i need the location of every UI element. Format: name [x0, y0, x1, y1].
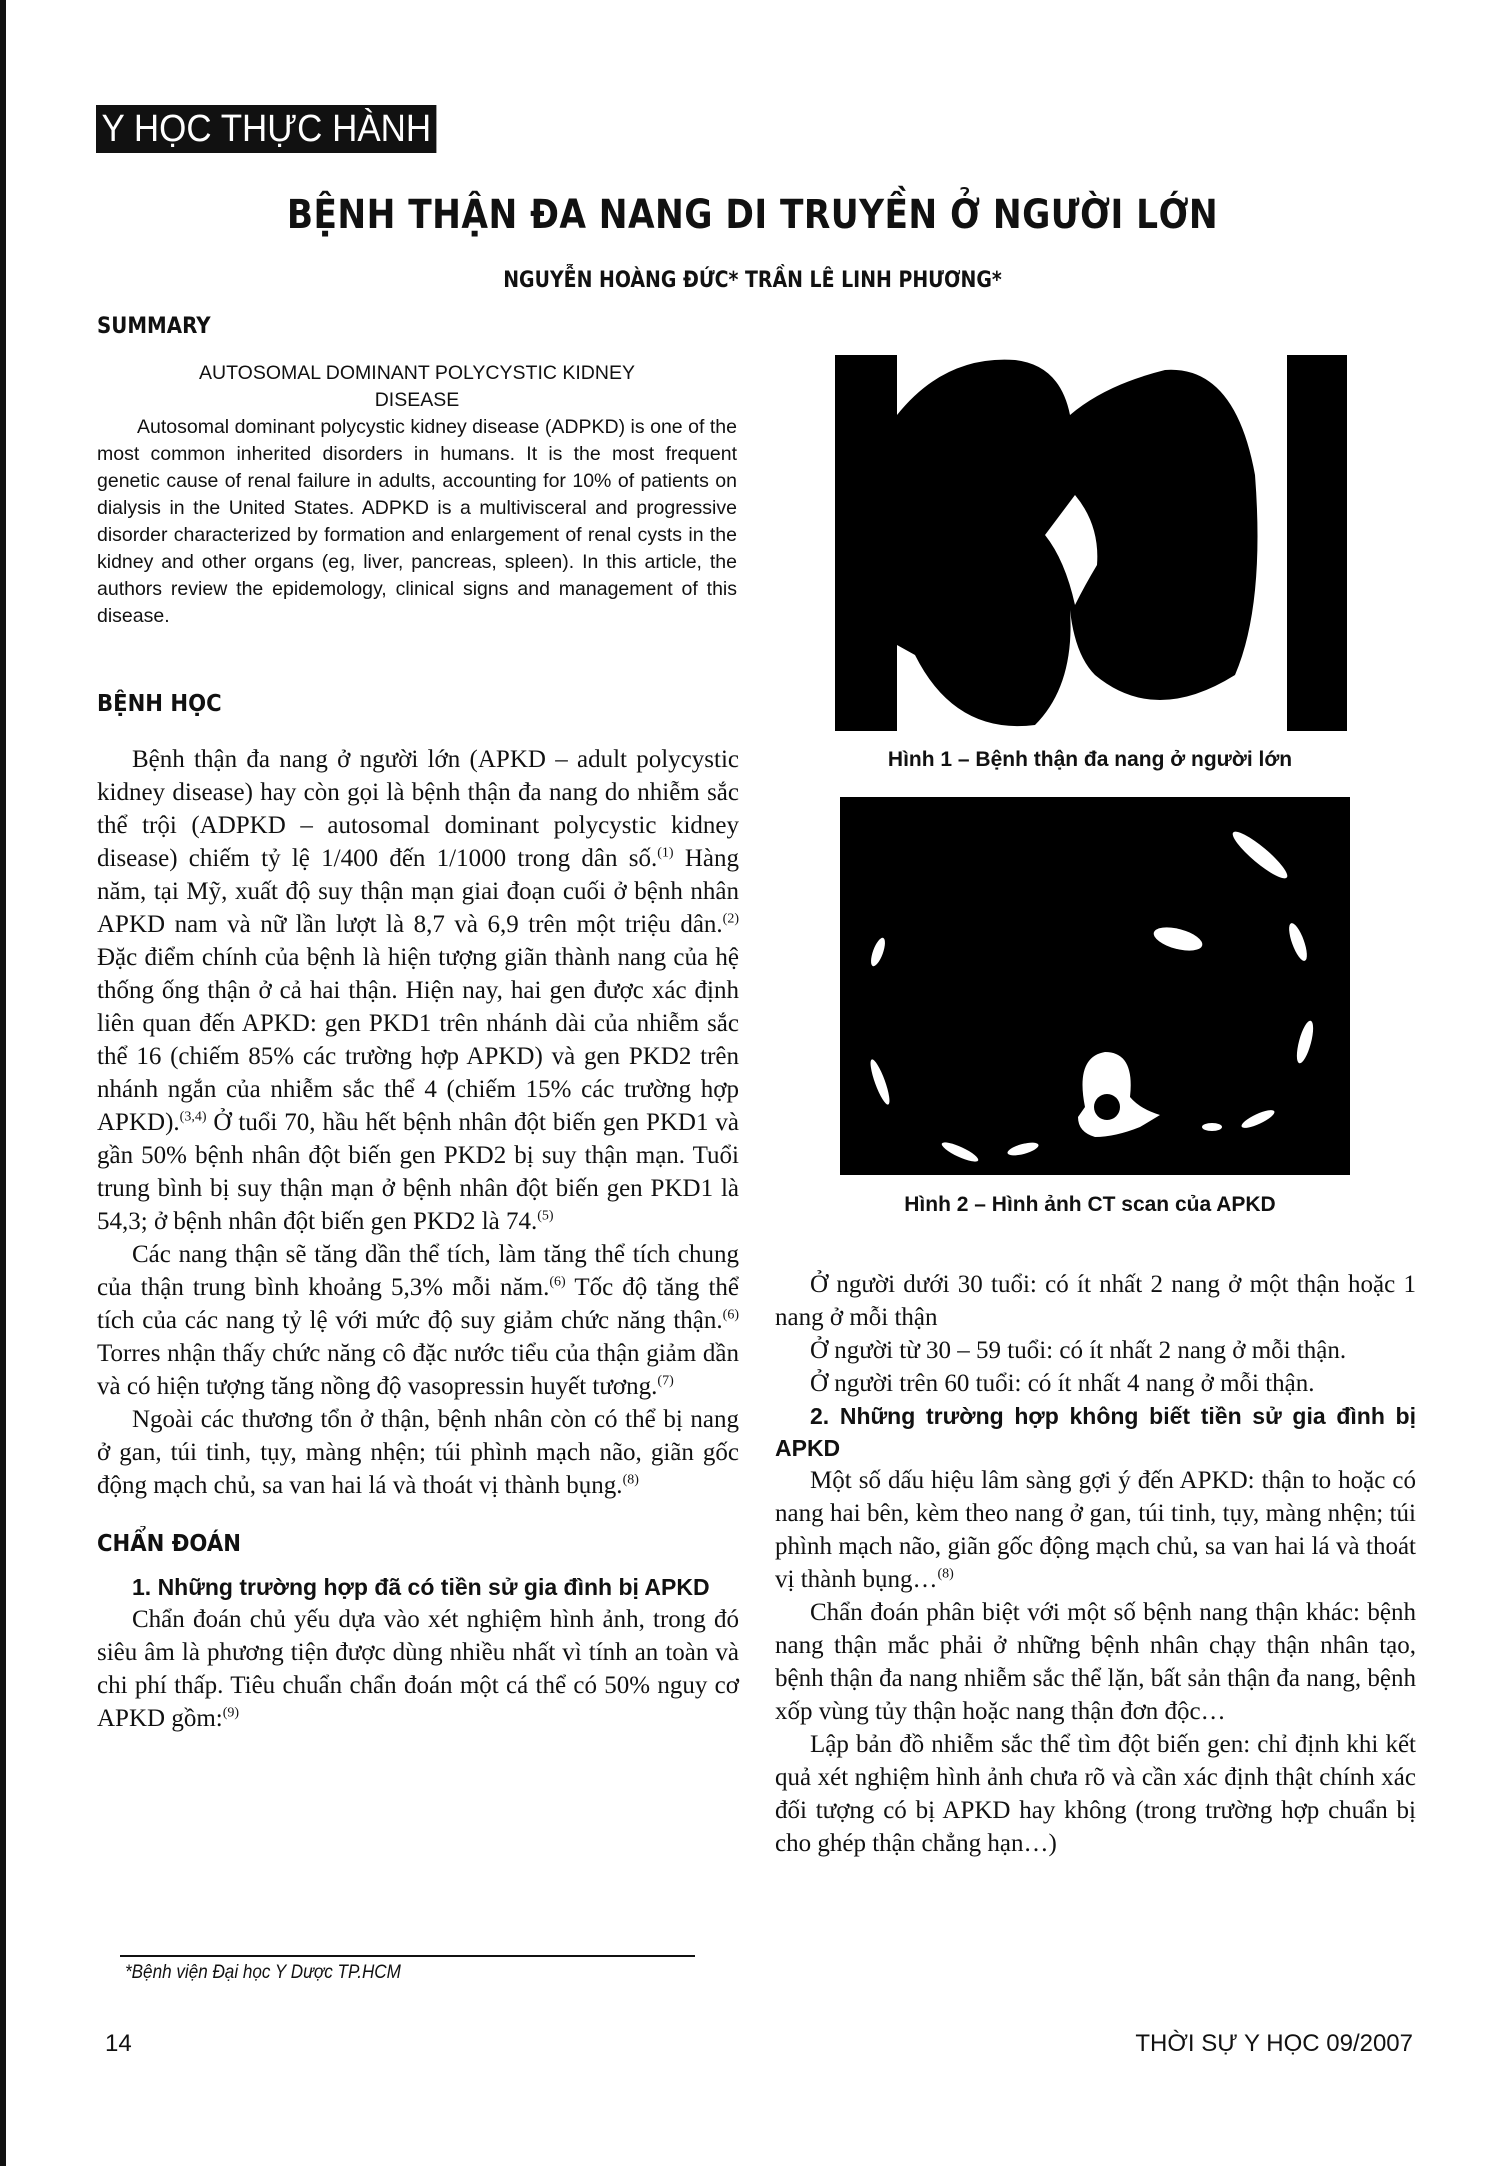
- summary-block: AUTOSOMAL DOMINANT POLYCYSTIC KIDNEY DIS…: [97, 360, 737, 630]
- criterion-item: Ở người trên 60 tuổi: có ít nhất 4 nang …: [775, 1367, 1416, 1400]
- left-column: BỆNH HỌC Bệnh thận đa nang ở người lớn (…: [97, 688, 739, 1735]
- subsection-2-heading: 2. Những trường hợp không biết tiền sử g…: [775, 1400, 1416, 1464]
- footnote: *Bệnh viện Đại học Y Dược TP.HCM: [125, 1962, 401, 1984]
- authors: NGUYỄN HOÀNG ĐỨC* TRẦN LÊ LINH PHƯƠNG*: [105, 268, 1399, 293]
- figure-1-image: [835, 355, 1347, 731]
- subsection-1-heading: 1. Những trường hợp đã có tiền sử gia đì…: [97, 1571, 739, 1603]
- kidney-ultrasound-icon: [835, 355, 1347, 731]
- paragraph: Lập bản đồ nhiễm sắc thể tìm đột biến ge…: [775, 1728, 1416, 1860]
- paragraph: Chẩn đoán chủ yếu dựa vào xét nghiệm hìn…: [97, 1603, 739, 1735]
- page-number: 14: [105, 2030, 132, 2058]
- ct-scan-icon: [840, 797, 1350, 1175]
- paragraph: Các nang thận sẽ tăng dần thể tích, làm …: [97, 1238, 739, 1403]
- paragraph: Bệnh thận đa nang ở người lớn (APKD – ad…: [97, 743, 739, 1238]
- footnote-divider: [120, 1955, 695, 1957]
- article-title: BỆNH THẬN ĐA NANG DI TRUYỀN Ở NGƯỜI LỚN: [105, 192, 1399, 238]
- summary-body: Autosomal dominant polycystic kidney dis…: [97, 414, 737, 630]
- paragraph: Chẩn đoán phân biệt với một số bệnh nang…: [775, 1596, 1416, 1728]
- chan-doan-heading: CHẨN ĐOÁN: [97, 1528, 688, 1561]
- paragraph: Ngoài các thương tổn ở thận, bệnh nhân c…: [97, 1403, 739, 1502]
- figure-2-image: [840, 797, 1350, 1175]
- criterion-item: Ở người dưới 30 tuổi: có ít nhất 2 nang …: [775, 1268, 1416, 1334]
- criterion-item: Ở người từ 30 – 59 tuổi: có ít nhất 2 na…: [775, 1334, 1416, 1367]
- section-tag: Y HỌC THỰC HÀNH: [96, 105, 437, 153]
- paragraph: Một số dấu hiệu lâm sàng gợi ý đến APKD:…: [775, 1464, 1416, 1596]
- summary-title: AUTOSOMAL DOMINANT POLYCYSTIC KIDNEY DIS…: [97, 360, 737, 414]
- figure-2-caption: Hình 2 – Hình ảnh CT scan của APKD: [780, 1193, 1400, 1217]
- figure-1-caption: Hình 1 – Bệnh thận đa nang ở người lớn: [780, 748, 1400, 772]
- benh-hoc-heading: BỆNH HỌC: [97, 688, 688, 721]
- right-column: Ở người dưới 30 tuổi: có ít nhất 2 nang …: [775, 1268, 1416, 1860]
- scan-edge: [0, 0, 6, 2166]
- summary-heading: SUMMARY: [97, 314, 211, 339]
- journal-issue: THỜI SỰ Y HỌC 09/2007: [1135, 2030, 1413, 2058]
